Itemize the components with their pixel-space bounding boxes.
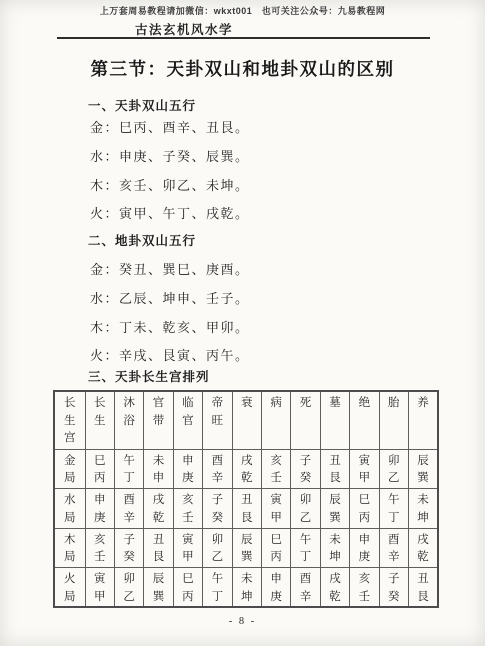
table-cell: 未坤 xyxy=(320,528,349,568)
table-cell: 酉辛 xyxy=(379,528,408,568)
table-cell: 未坤 xyxy=(408,489,438,529)
table-header-cell: 临官 xyxy=(173,391,202,449)
table-cell: 寅甲 xyxy=(350,449,379,489)
table-cell: 巳丙 xyxy=(350,489,379,529)
table-cell: 寅甲 xyxy=(173,528,202,568)
table-cell: 戌乾 xyxy=(320,568,349,608)
row-label-cell: 木局 xyxy=(54,528,85,568)
table-cell: 子癸 xyxy=(203,489,232,529)
table-cell: 卯乙 xyxy=(291,489,320,529)
table-cell: 丑艮 xyxy=(320,449,349,489)
table-cell: 未申 xyxy=(144,449,173,489)
book-title: 古法玄机风水学 xyxy=(135,20,233,38)
table-cell: 巳丙 xyxy=(261,528,290,568)
table-cell: 申庚 xyxy=(261,568,290,608)
table-cell: 辰巽 xyxy=(232,528,261,568)
table-cell: 亥壬 xyxy=(173,489,202,529)
table-header-cell: 衰 xyxy=(232,391,261,449)
page-number: - 8 - xyxy=(0,616,485,627)
table-cell: 卯乙 xyxy=(114,568,143,608)
table-cell: 午丁 xyxy=(291,528,320,568)
list-item: 水：申庚、子癸、辰巽。 xyxy=(90,146,250,165)
table-cell: 酉辛 xyxy=(291,568,320,608)
table-header-row: 长生宫 长生 沐浴 官带 临官 帝旺 衰 病 死 墓 绝 胎 养 xyxy=(54,391,438,449)
table-cell: 申庚 xyxy=(350,528,379,568)
list-item: 木：丁未、乾亥、甲卯。 xyxy=(90,317,250,336)
table-cell: 子癸 xyxy=(291,449,320,489)
table-cell: 午丁 xyxy=(114,449,143,489)
lifecycle-palace-table: 长生宫 长生 沐浴 官带 临官 帝旺 衰 病 死 墓 绝 胎 养 金局 巳丙 午… xyxy=(53,390,439,608)
list-item: 水：乙辰、坤申、壬子。 xyxy=(90,288,250,307)
table-cell: 午丁 xyxy=(379,489,408,529)
table-cell: 辰巽 xyxy=(320,489,349,529)
table-cell: 酉辛 xyxy=(114,489,143,529)
table-cell: 丑艮 xyxy=(144,528,173,568)
table-cell: 申庚 xyxy=(85,489,114,529)
table-cell: 丑艮 xyxy=(232,489,261,529)
table-cell: 申庚 xyxy=(173,449,202,489)
table-cell: 亥壬 xyxy=(350,568,379,608)
table-cell: 子癸 xyxy=(114,528,143,568)
table-cell: 巳丙 xyxy=(173,568,202,608)
page-title: 第三节：天卦双山和地卦双山的区别 xyxy=(0,56,485,81)
table-cell: 酉辛 xyxy=(203,449,232,489)
header-rule-line xyxy=(57,37,430,39)
table-header-cell: 沐浴 xyxy=(114,391,143,449)
table-row: 木局 亥壬 子癸 丑艮 寅甲 卯乙 辰巽 巳丙 午丁 未坤 申庚 酉辛 戌乾 xyxy=(54,528,438,568)
list-item: 金：巳丙、酉辛、丑艮。 xyxy=(90,117,250,136)
table-cell: 戌乾 xyxy=(408,528,438,568)
table-cell: 戌乾 xyxy=(232,449,261,489)
table-header-cell: 长生 xyxy=(85,391,114,449)
section-heading-3: 三、天卦长生宫排列 xyxy=(88,367,210,385)
row-label-cell: 金局 xyxy=(54,449,85,489)
table-header-cell: 官带 xyxy=(144,391,173,449)
row-label-cell: 水局 xyxy=(54,489,85,529)
list-item: 火：寅甲、午丁、戌乾。 xyxy=(90,203,250,222)
table-cell: 卯乙 xyxy=(379,449,408,489)
table-cell: 巳丙 xyxy=(85,449,114,489)
table-cell: 未坤 xyxy=(232,568,261,608)
section-heading-2: 二、地卦双山五行 xyxy=(88,231,196,249)
document-page: 上万套周易教程请加微信：wkxt001 也可关注公众号：九易教程网 古法玄机风水… xyxy=(0,0,485,646)
table-cell: 辰巽 xyxy=(144,568,173,608)
table-cell: 子癸 xyxy=(379,568,408,608)
table-cell: 卯乙 xyxy=(203,528,232,568)
header-note: 上万套周易教程请加微信：wkxt001 也可关注公众号：九易教程网 xyxy=(0,4,485,17)
table-cell: 午丁 xyxy=(203,568,232,608)
table-cell: 寅甲 xyxy=(261,489,290,529)
table-header-cell: 胎 xyxy=(379,391,408,449)
list-item: 金：癸丑、巽巳、庚酉。 xyxy=(90,259,250,278)
table-header-cell: 病 xyxy=(261,391,290,449)
list-item: 木：亥壬、卯乙、未坤。 xyxy=(90,175,250,194)
table-header-cell: 帝旺 xyxy=(203,391,232,449)
section-heading-1: 一、天卦双山五行 xyxy=(88,96,196,114)
list-item: 火：辛戌、艮寅、丙午。 xyxy=(90,345,250,364)
row-label-cell: 火局 xyxy=(54,568,85,608)
table-header-cell: 长生宫 xyxy=(54,391,85,449)
table-cell: 辰巽 xyxy=(408,449,438,489)
table-header-cell: 养 xyxy=(408,391,438,449)
table-cell: 戌乾 xyxy=(144,489,173,529)
table-row: 火局 寅甲 卯乙 辰巽 巳丙 午丁 未坤 申庚 酉辛 戌乾 亥壬 子癸 丑艮 xyxy=(54,568,438,608)
table-header-cell: 墓 xyxy=(320,391,349,449)
table-row: 水局 申庚 酉辛 戌乾 亥壬 子癸 丑艮 寅甲 卯乙 辰巽 巳丙 午丁 未坤 xyxy=(54,489,438,529)
table-cell: 亥壬 xyxy=(85,528,114,568)
table-cell: 丑艮 xyxy=(408,568,438,608)
table-header-cell: 死 xyxy=(291,391,320,449)
table-row: 金局 巳丙 午丁 未申 申庚 酉辛 戌乾 亥壬 子癸 丑艮 寅甲 卯乙 辰巽 xyxy=(54,449,438,489)
table-cell: 寅甲 xyxy=(85,568,114,608)
table-header-cell: 绝 xyxy=(350,391,379,449)
table-cell: 亥壬 xyxy=(261,449,290,489)
